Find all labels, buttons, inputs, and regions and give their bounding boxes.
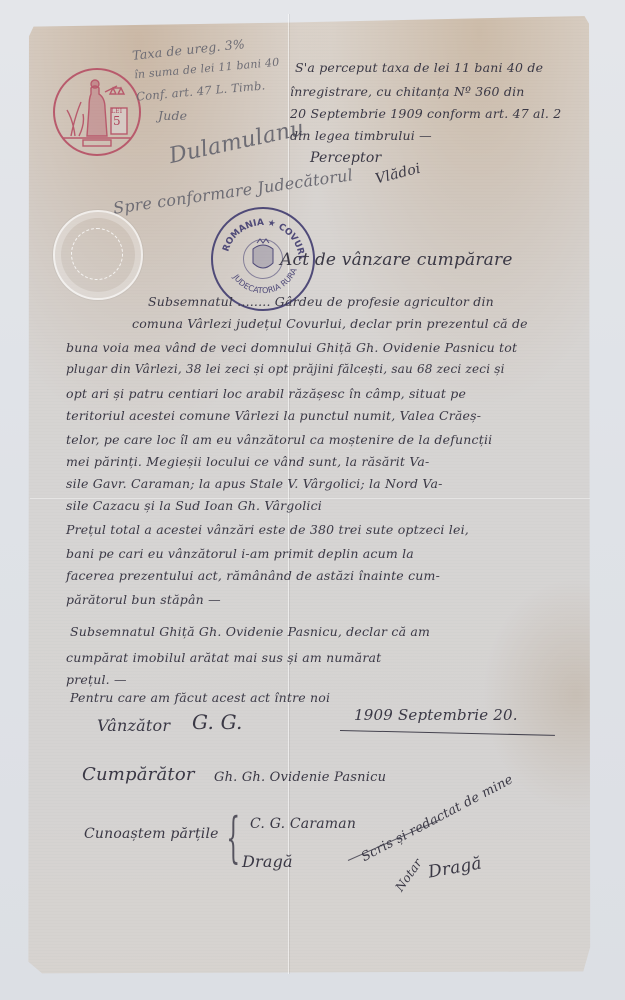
buyer-signature: Gh. Gh. Ovidenie Pasnicu bbox=[214, 770, 386, 785]
body-p2-line-2: bani pe cari eu vânzătorul i-am primit d… bbox=[66, 546, 414, 561]
seller-label: Vânzător bbox=[97, 716, 170, 735]
perceptor-title: Perceptor bbox=[310, 150, 381, 166]
body-p2-line-4: părătorul bun stăpân — bbox=[66, 592, 221, 607]
body-p2-line-3: facerea prezentului act, rămânând de ast… bbox=[66, 568, 440, 583]
body-p1-line-8: mei părinți. Megieșii locului ce vând su… bbox=[66, 454, 429, 469]
body-p1-line-1: Subsemnatul ........ Gârdeu de profesie … bbox=[148, 294, 494, 309]
body-p1-line-5: opt ari și patru centiari loc arabil răz… bbox=[66, 386, 466, 401]
body-p3-line-3: prețul. — bbox=[66, 672, 127, 687]
body-p1-line-10: sile Cazacu și la Sud Ioan Gh. Vârgolici bbox=[66, 498, 322, 513]
body-p1-line-2: comuna Vârlezi județul Covurlui, declar … bbox=[132, 316, 528, 331]
fiscal-stamp-value: 5 bbox=[113, 114, 121, 128]
tax-note-line-2: înregistrare, cu chitanța Nº 360 din bbox=[290, 84, 525, 99]
body-p1-line-6: teritoriul acestei comune Vârlezi la pun… bbox=[66, 408, 481, 423]
document-title: Act de vânzare cumpărare bbox=[280, 250, 513, 270]
body-p3-line-2: cumpărat imobilul arătat mai sus și am n… bbox=[66, 650, 381, 665]
body-p2-line-1: Prețul total a acestei vânzări este de 3… bbox=[66, 522, 469, 537]
closing-sentence: Pentru care am făcut acest act între noi bbox=[70, 690, 330, 705]
buyer-label: Cumpărător bbox=[82, 764, 195, 785]
body-p1-line-4: plugar din Vârlezi, 38 lei zeci și opt p… bbox=[66, 362, 505, 376]
body-p1-line-7: telor, pe care loc îl am eu vânzătorul c… bbox=[66, 432, 492, 447]
seller-signature: G. G. bbox=[192, 710, 243, 734]
embossed-seal-icon bbox=[53, 210, 143, 300]
pencil-note-line-4: Jude bbox=[158, 108, 187, 123]
fiscal-stamp-icon bbox=[53, 68, 141, 156]
body-p1-line-3: buna voia mea vând de veci domnului Ghiț… bbox=[66, 340, 517, 355]
document-date: 1909 Septembrie 20. bbox=[354, 706, 518, 724]
witness-2-signature: Dragă bbox=[242, 852, 293, 871]
witness-label: Cunoaștem părțile bbox=[84, 826, 219, 842]
body-p3-line-1: Subsemnatul Ghiță Gh. Ovidenie Pasnicu, … bbox=[70, 624, 430, 639]
tax-note-line-4: din legea timbrului — bbox=[290, 128, 432, 143]
witness-brace: { bbox=[226, 806, 240, 869]
tax-note-line-3: 20 Septembrie 1909 conform art. 47 al. 2 bbox=[290, 106, 561, 121]
tax-note-line-1: S'a perceput taxa de lei 11 bani 40 de bbox=[295, 60, 543, 75]
body-p1-line-9: sile Gavr. Caraman; la apus Stale V. Vâr… bbox=[66, 476, 443, 491]
witness-1-signature: C. G. Caraman bbox=[250, 816, 356, 832]
